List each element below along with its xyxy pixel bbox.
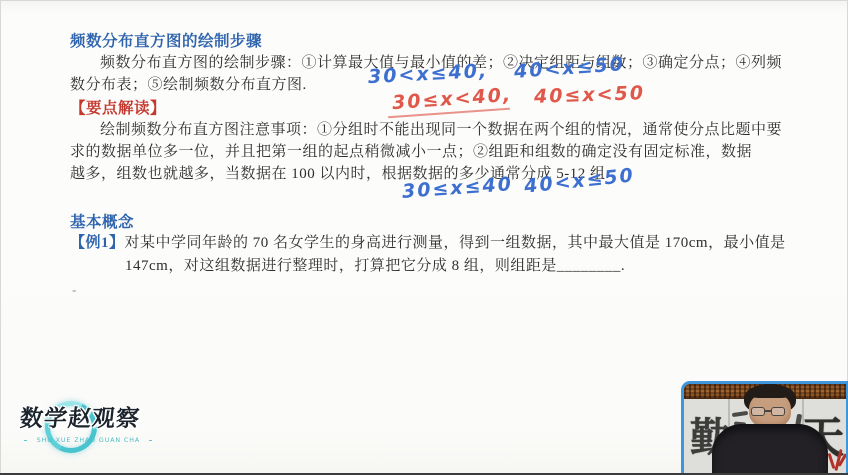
section1-heading: 频数分布直方图的绘制步骤 bbox=[70, 29, 262, 51]
logo-subtitle: SHU XUE ZHAO GUAN CHA bbox=[36, 436, 139, 443]
section2-line2: 求的数据单位多一位，并且把第一组的起点稍微减小一点；②组距和组数的确定没有固定标… bbox=[70, 141, 752, 163]
glasses-left-lens bbox=[751, 407, 765, 416]
section2-line1: 绘制频数分布直方图注意事项：①分组时不能出现同一个数据在两个组的情况，通常使分点… bbox=[100, 119, 782, 141]
logo-rule-right bbox=[149, 440, 152, 441]
section1-line2: 数分布表；⑤绘制频数分布直方图. bbox=[70, 74, 307, 96]
teacher-torso bbox=[712, 424, 828, 475]
lecture-slide: 频数分布直方图的绘制步骤 频数分布直方图的绘制步骤：①计算最大值与最小值的差；②… bbox=[0, 0, 848, 475]
example1-label: 【例1】 bbox=[70, 235, 125, 251]
section2-heading: 【要点解读】 bbox=[70, 96, 166, 118]
handwriting-red-interval-2: 40≤x<50 bbox=[534, 82, 646, 108]
glasses-right-lens bbox=[771, 407, 785, 416]
section3-heading: 基本概念 bbox=[70, 210, 134, 232]
teacher-hair-fringe bbox=[747, 386, 793, 398]
logo-subtitle-row: SHU XUE ZHAO GUAN CHA bbox=[24, 436, 152, 444]
stray-mark: - bbox=[72, 282, 75, 298]
logo-title: 数学赵观察 bbox=[19, 407, 142, 431]
logo-rule-left bbox=[24, 440, 27, 441]
channel-logo: 数学赵观察 SHU XUE ZHAO GUAN CHA bbox=[18, 396, 233, 460]
calligraphy-stroke bbox=[732, 411, 748, 417]
example1-line2: 147cm，对这组数据进行整理时，打算把它分成 8 组，则组距是________… bbox=[125, 255, 625, 277]
example1-line1: 【例1】对某中学同年龄的 70 名女学生的身高进行测量，得到一组数据，其中最大值… bbox=[70, 232, 786, 254]
glasses-bridge bbox=[764, 410, 772, 412]
teacher-webcam: 勤 天 bbox=[681, 381, 848, 475]
example1-text: 对某中学同年龄的 70 名女学生的身高进行测量，得到一组数据，其中最大值是 17… bbox=[125, 235, 786, 251]
